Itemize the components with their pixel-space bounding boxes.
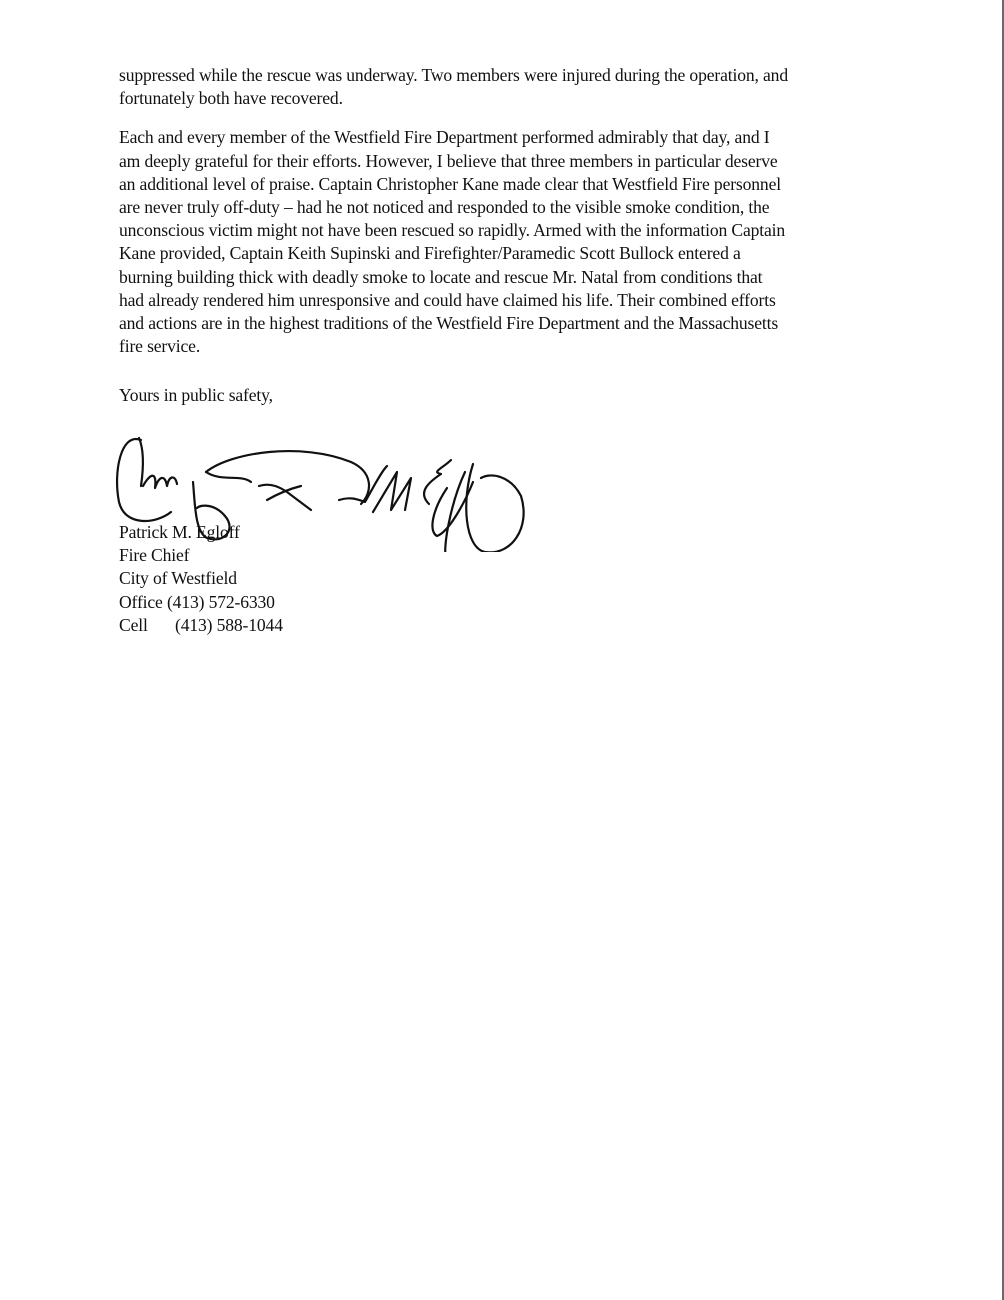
paragraph-commendation: Each and every member of the Westfield F… <box>119 126 899 358</box>
office-label: Office <box>119 592 163 612</box>
closing-line: Yours in public safety, <box>119 384 273 407</box>
cell-phone-line: Cell(413) 588-1044 <box>119 614 283 637</box>
office-phone: (413) 572-6330 <box>167 592 275 612</box>
signer-name: Patrick M. Egloff <box>119 521 283 544</box>
signer-title: Fire Chief <box>119 544 283 567</box>
paragraph-injuries: suppressed while the rescue was underway… <box>119 64 899 110</box>
cell-phone: (413) 588-1044 <box>175 615 283 635</box>
signer-organization: City of Westfield <box>119 567 283 590</box>
cell-label: Cell <box>119 614 175 637</box>
letter-body: suppressed while the rescue was underway… <box>119 64 899 374</box>
signature-block: Patrick M. Egloff Fire Chief City of Wes… <box>119 521 283 637</box>
office-phone-line: Office (413) 572-6330 <box>119 591 283 614</box>
